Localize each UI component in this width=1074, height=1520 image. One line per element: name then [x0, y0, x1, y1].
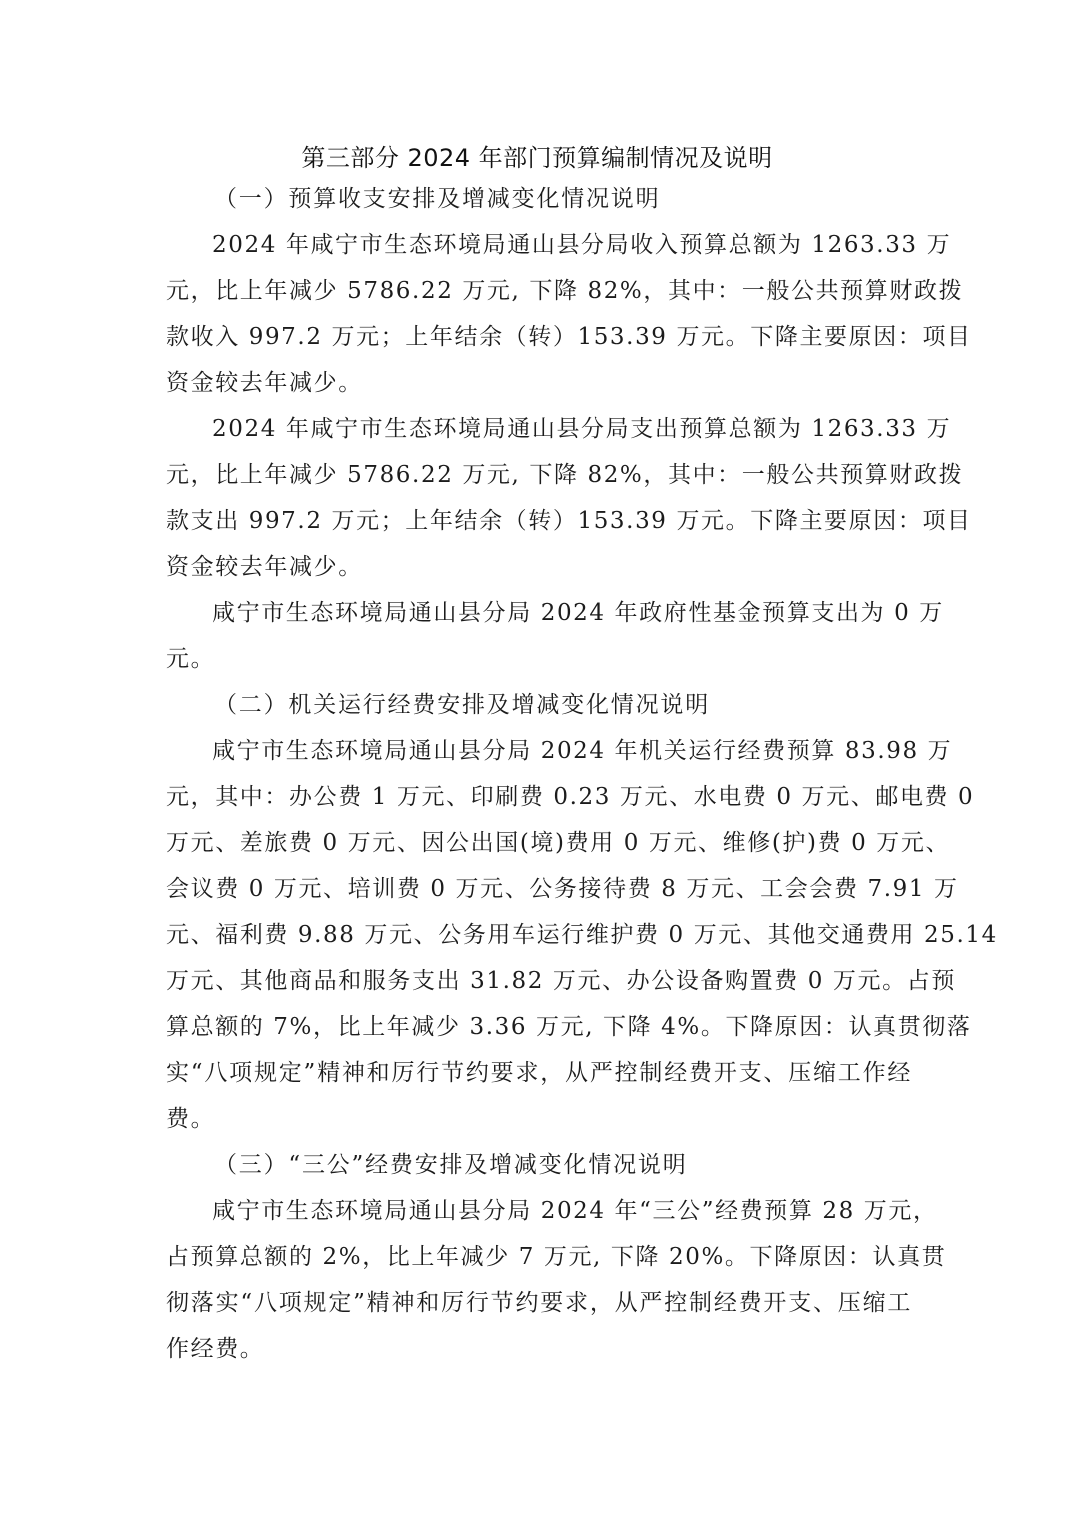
paragraph-line: 咸宁市生态环境局通山县分局 2024 年机关运行经费预算 83.98 万 — [212, 733, 912, 769]
paragraph-line: 万元、其他商品和服务支出 31.82 万元、办公设备购置费 0 万元。占预 — [166, 963, 912, 999]
paragraph-line: 款支出 997.2 万元；上年结余（转）153.39 万元。下降主要原因：项目 — [166, 503, 912, 539]
section-heading-3: （三）“三公”经费安排及增减变化情况说明 — [214, 1147, 688, 1183]
paragraph-line: 元。 — [166, 641, 912, 677]
paragraph-line: 万元、差旅费 0 万元、因公出国(境)费用 0 万元、维修(护)费 0 万元、 — [166, 825, 912, 861]
section-heading-1: （一）预算收支安排及增减变化情况说明 — [214, 181, 660, 217]
paragraph-line: 2024 年咸宁市生态环境局通山县分局支出预算总额为 1263.33 万 — [212, 411, 912, 447]
paragraph-line: 资金较去年减少。 — [166, 549, 912, 585]
paragraph-line: 彻落实“八项规定”精神和厉行节约要求，从严控制经费开支、压缩工 — [166, 1285, 912, 1321]
paragraph-line: 作经费。 — [166, 1331, 912, 1367]
paragraph-line: 费。 — [166, 1101, 912, 1137]
page-title: 第三部分 2024 年部门预算编制情况及说明 — [0, 140, 1074, 176]
paragraph-line: 2024 年咸宁市生态环境局通山县分局收入预算总额为 1263.33 万 — [212, 227, 912, 263]
paragraph-line: 咸宁市生态环境局通山县分局 2024 年政府性基金预算支出为 0 万 — [212, 595, 912, 631]
paragraph-line: 元，比上年减少 5786.22 万元, 下降 82%，其中：一般公共预算财政拨 — [166, 457, 912, 493]
paragraph-line: 资金较去年减少。 — [166, 365, 912, 401]
paragraph-line: 元，比上年减少 5786.22 万元, 下降 82%，其中：一般公共预算财政拨 — [166, 273, 912, 309]
paragraph-line: 款收入 997.2 万元；上年结余（转）153.39 万元。下降主要原因：项目 — [166, 319, 912, 355]
paragraph-line: 元，其中：办公费 1 万元、印刷费 0.23 万元、水电费 0 万元、邮电费 0 — [166, 779, 912, 815]
document-page: 第三部分 2024 年部门预算编制情况及说明 （一）预算收支安排及增减变化情况说… — [0, 0, 1074, 1520]
paragraph-line: 元、福利费 9.88 万元、公务用车运行维护费 0 万元、其他交通费用 25.1… — [166, 917, 912, 953]
paragraph-line: 占预算总额的 2%，比上年减少 7 万元, 下降 20%。下降原因：认真贯 — [166, 1239, 912, 1275]
paragraph-line: 实“八项规定”精神和厉行节约要求，从严控制经费开支、压缩工作经 — [166, 1055, 912, 1091]
section-heading-2: （二）机关运行经费安排及增减变化情况说明 — [214, 687, 710, 723]
paragraph-line: 咸宁市生态环境局通山县分局 2024 年“三公”经费预算 28 万元， — [212, 1193, 912, 1229]
paragraph-line: 算总额的 7%，比上年减少 3.36 万元, 下降 4%。下降原因：认真贯彻落 — [166, 1009, 912, 1045]
paragraph-line: 会议费 0 万元、培训费 0 万元、公务接待费 8 万元、工会会费 7.91 万 — [166, 871, 912, 907]
